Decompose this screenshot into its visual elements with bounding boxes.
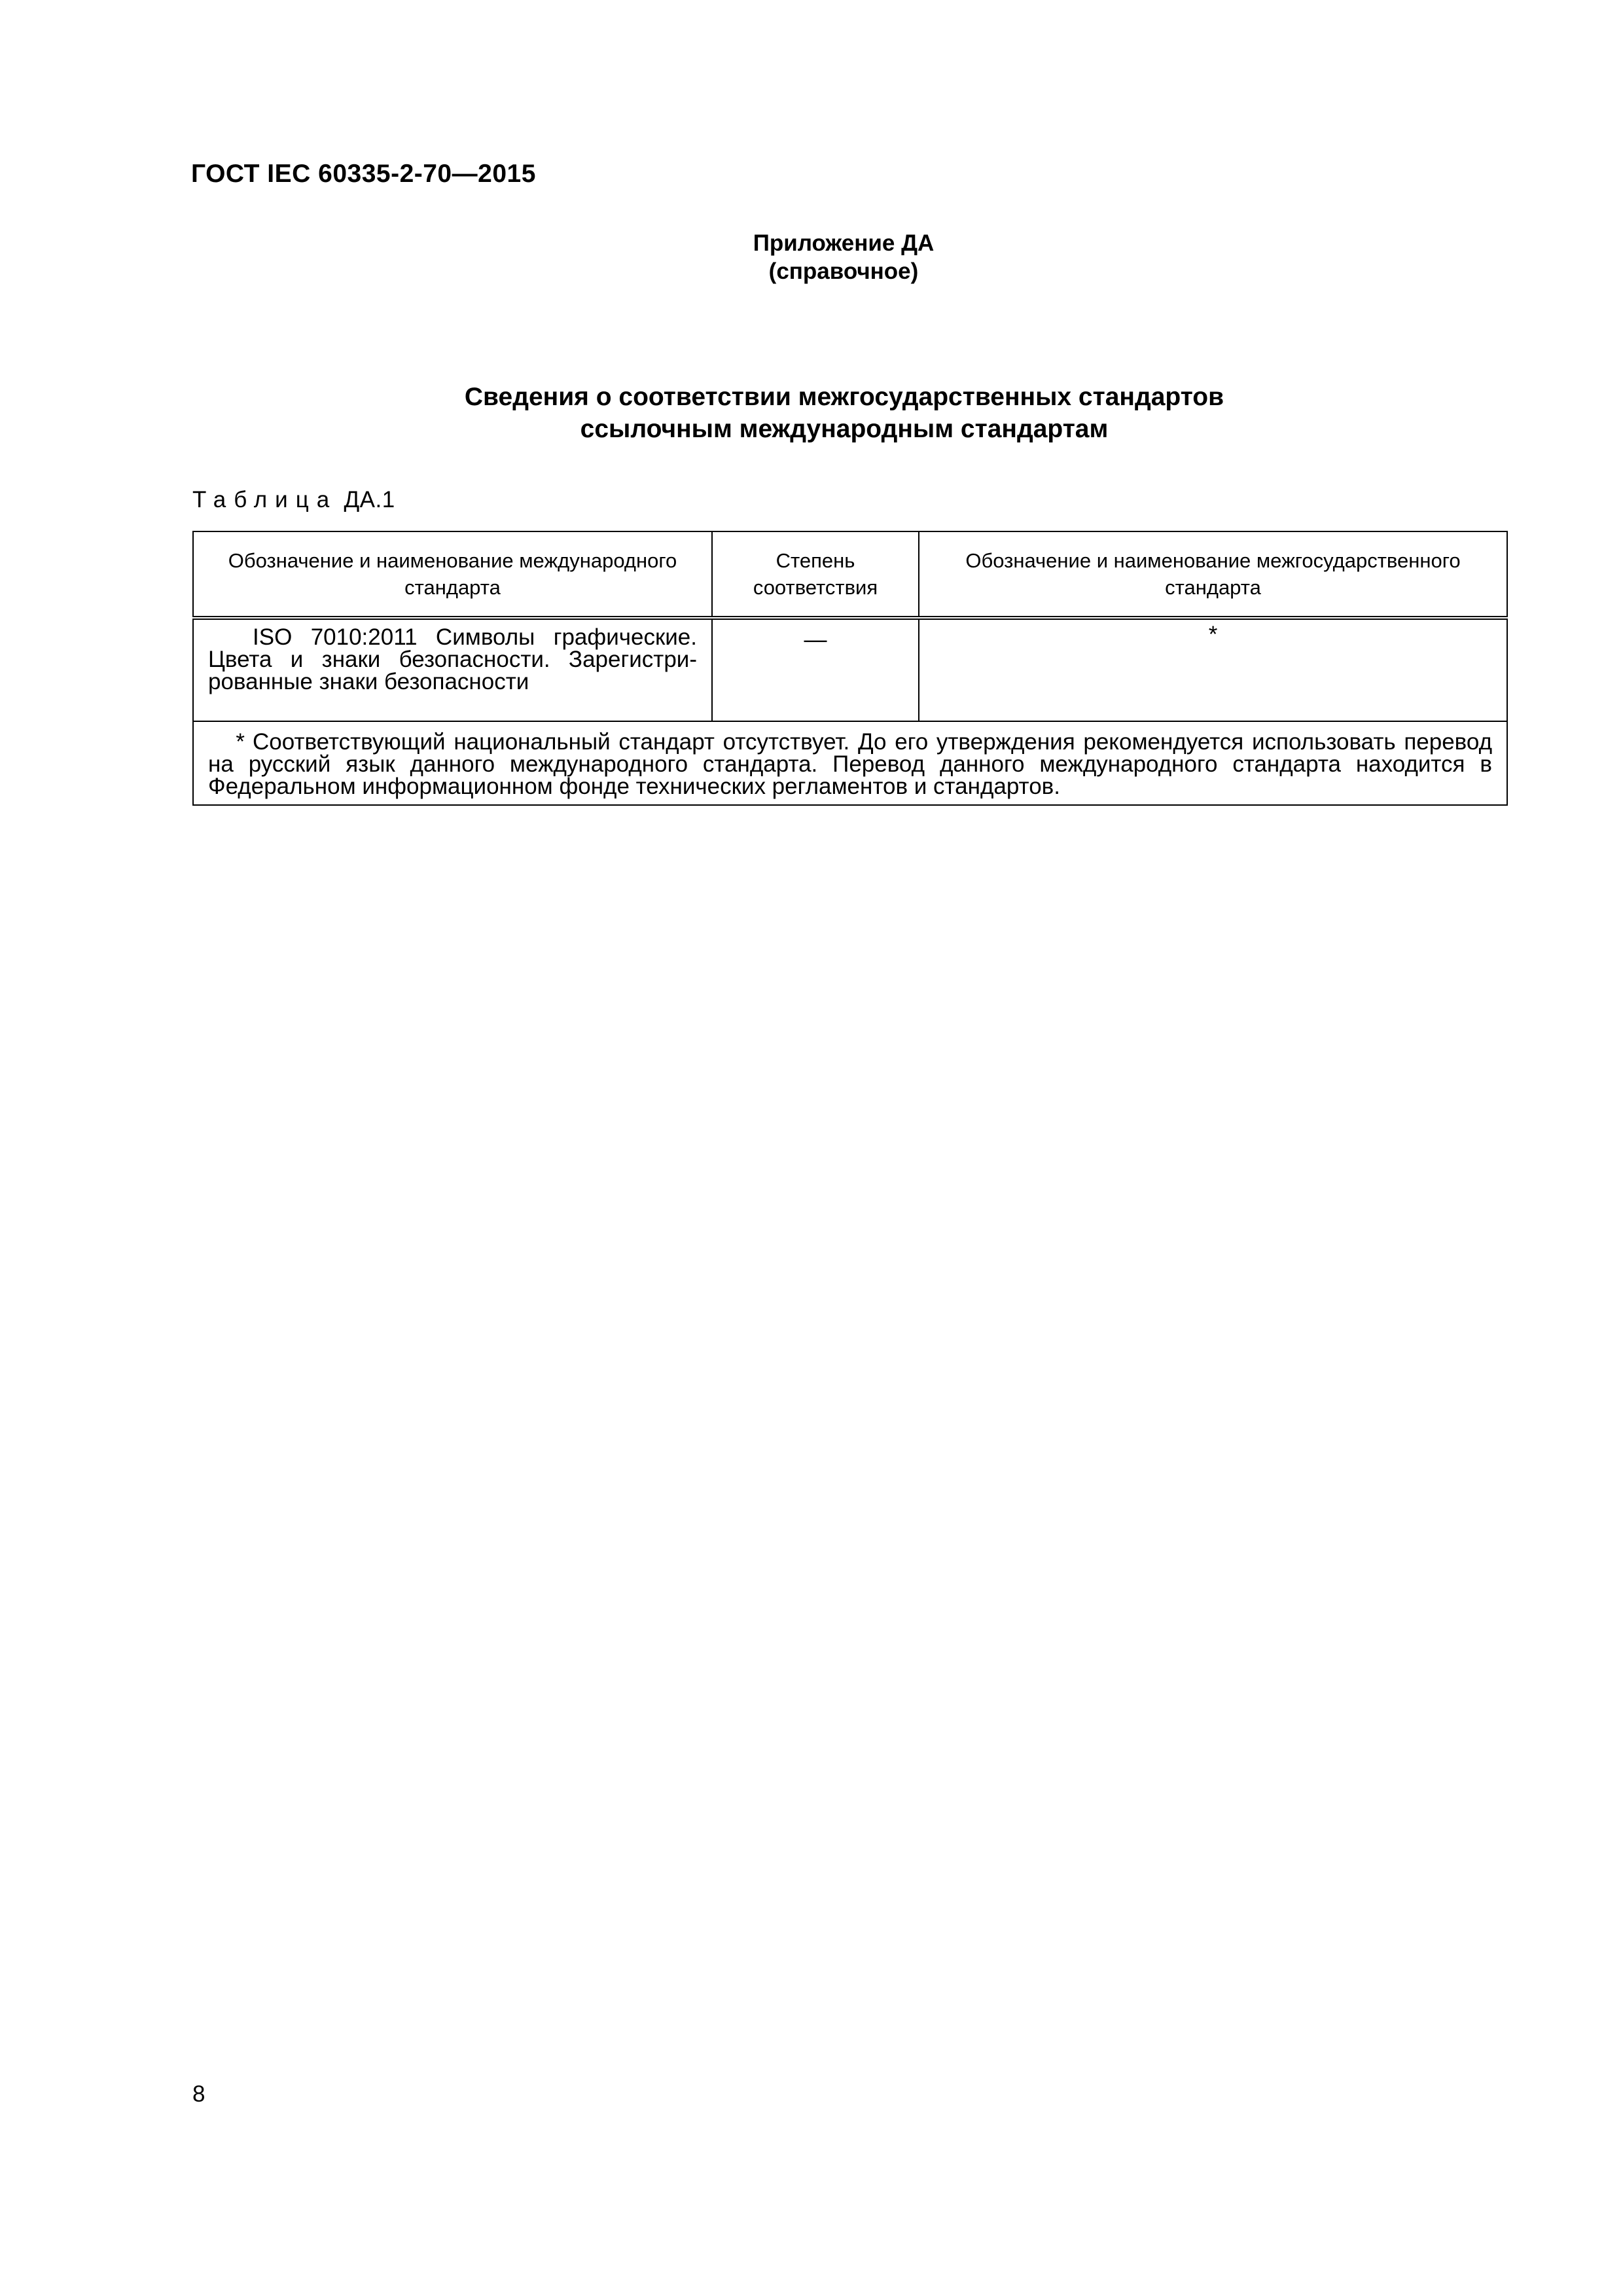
table-caption-number: ДА.1 xyxy=(344,487,395,512)
annex-title: Приложение ДА xyxy=(589,229,1098,257)
header-international-standard: Обозначение и наименование международног… xyxy=(193,531,712,618)
correspondence-table: Обозначение и наименование международног… xyxy=(192,531,1508,806)
table-caption: Таблица ДА.1 xyxy=(192,487,395,513)
table-header-row: Обозначение и наименование международног… xyxy=(193,531,1507,618)
section-title-line-2: ссылочным международным стандартам xyxy=(262,413,1427,445)
cell-interstate-standard: * xyxy=(919,618,1507,721)
footnote-text: Соответствующий национальный стандарт от… xyxy=(208,729,1492,799)
table-row: ISO 7010:2011 Символы графические. Цвета… xyxy=(193,618,1507,721)
section-title: Сведения о соответствии межгосударственн… xyxy=(262,381,1427,445)
table-footnote-row: *Соответствующий национальный стандарт о… xyxy=(193,721,1507,805)
header-degree: Степень соответствия xyxy=(712,531,919,618)
table-footnote: *Соответствующий национальный стандарт о… xyxy=(193,721,1507,805)
document-code: ГОСТ IEC 60335-2-70—2015 xyxy=(191,160,536,188)
section-title-line-1: Сведения о соответствии межгосударственн… xyxy=(262,381,1427,413)
table-caption-word: Таблица xyxy=(192,487,337,512)
page-number: 8 xyxy=(192,2081,205,2108)
annex-heading: Приложение ДА (справочное) xyxy=(589,229,1098,285)
annex-type: (справочное) xyxy=(589,257,1098,285)
cell-international-standard: ISO 7010:2011 Символы графические. Цвета… xyxy=(193,618,712,721)
footnote-marker: * xyxy=(208,731,253,753)
header-interstate-standard: Обозначение и наименование межгосударств… xyxy=(919,531,1507,618)
international-standard-text: ISO 7010:2011 Символы графические. Цвета… xyxy=(208,624,697,694)
cell-degree: — xyxy=(712,618,919,721)
